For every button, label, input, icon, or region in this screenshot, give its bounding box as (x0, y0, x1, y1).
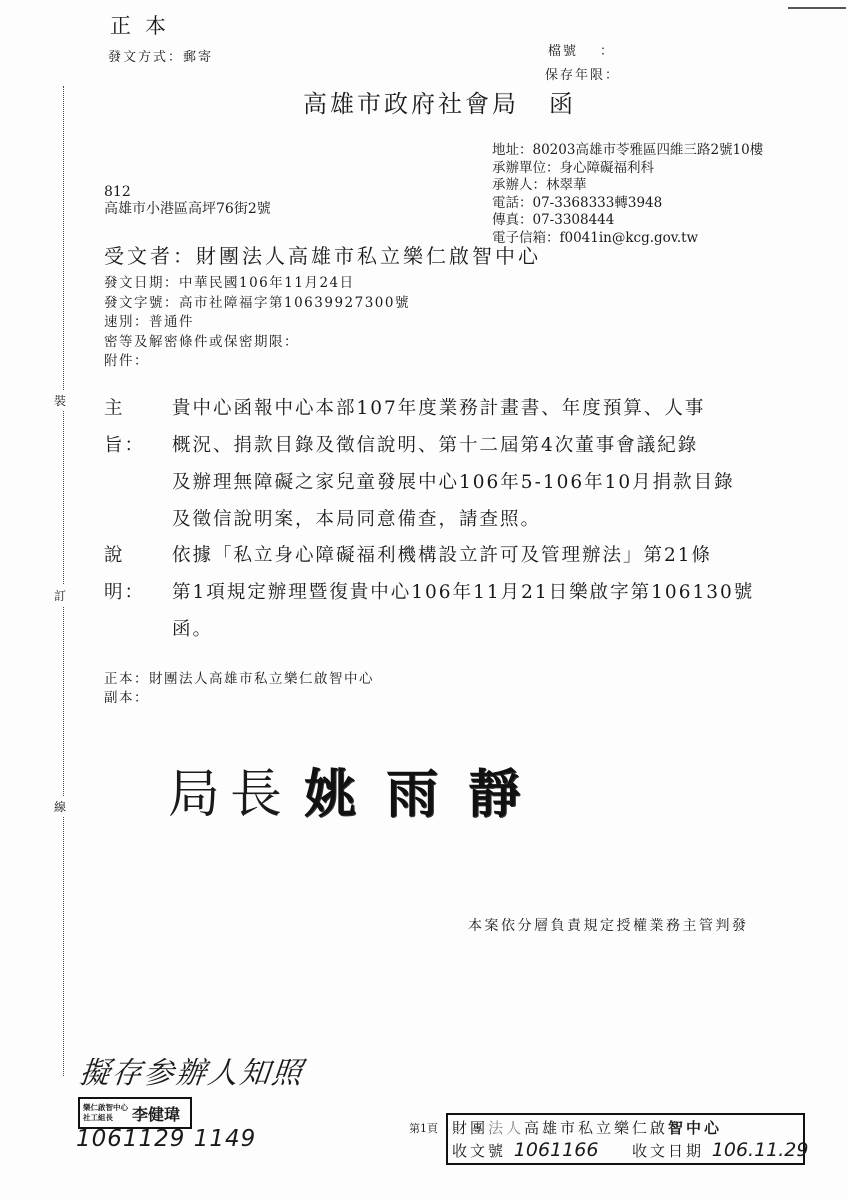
send-method: 發文方式：郵寄 (108, 46, 213, 65)
copies-block: 正本：財團法人高雄市私立樂仁啟智中心 副本： (104, 670, 374, 708)
receipt-date-label: 收文日期 (632, 1142, 704, 1160)
receipt-org-suffix: 智中心 (668, 1119, 722, 1137)
receipt-org-prefix: 財團 (452, 1119, 488, 1137)
staff-stamp-org: 樂仁啟智中心 (83, 1103, 128, 1113)
issue-date: 發文日期：中華民國106年11月24日 (104, 274, 410, 294)
binding-mark-ding: 訂 (54, 585, 66, 606)
explanation-body: 依據「私立身心障礙福利機構設立許可及管理辦法」第21條 第1項規定辦理暨復貴中心… (172, 537, 772, 648)
top-edge-mark (788, 7, 846, 9)
classification: 密等及解密條件或保密期限： (104, 333, 410, 353)
delivery-speed: 速別：普通件 (104, 313, 410, 333)
copy-type: 正本 (110, 10, 180, 40)
binding-margin-line (63, 86, 64, 1076)
retention-period-field: 保存年限： (545, 64, 620, 83)
contact-phone: 電話：07-3368333轉3948 (492, 195, 763, 213)
signatory-title: 局長 (168, 765, 292, 825)
staff-stamp-left: 樂仁啟智中心 社工組長 (83, 1103, 128, 1123)
explanation-line: 第1項規定辦理暨復貴中心106年11月21日樂啟字第106130號 (172, 574, 772, 611)
receipt-number: 1061166 (514, 1139, 599, 1161)
signature-block: 局長姚雨靜 (168, 752, 550, 827)
subject-line: 概況、捐款目錄及徵信說明、第十二屆第4次董事會議紀錄 (172, 427, 772, 464)
attachment: 附件： (104, 352, 410, 372)
handwritten-note: 擬存参辦人知照 (78, 1048, 307, 1092)
agency-name: 高雄市政府社會局 (303, 90, 519, 118)
archive-number-colon: ： (600, 44, 615, 59)
archive-number-label: 檔號 (548, 44, 578, 59)
contact-block: 地址：80203高雄市苓雅區四維三路2號10樓 承辦單位：身心障礙福利科 承辦人… (492, 142, 763, 247)
subject-label: 主旨： (104, 390, 145, 464)
authority-note: 本案依分層負責規定授權業務主管判發 (468, 915, 749, 935)
receipt-number-label: 收文號 (452, 1142, 506, 1160)
signatory-name: 姚雨靜 (304, 764, 550, 825)
staff-stamp-name: 李健瑋 (132, 1102, 180, 1125)
postal-code: 812 (104, 184, 271, 201)
receipt-date: 106.11.29 (712, 1139, 809, 1161)
explanation-label: 說明： (104, 537, 145, 611)
page-number: 第1頁 (409, 1120, 438, 1136)
document-type: 函 (549, 90, 576, 118)
receipt-stamp: 財團法人高雄市私立樂仁啟智中心 收文號 1061166 收文日期 106.11.… (446, 1113, 805, 1165)
staff-stamp: 樂仁啟智中心 社工組長 李健瑋 (78, 1097, 192, 1129)
page-title: 高雄市政府社會局函 (303, 84, 576, 119)
receipt-stamp-org: 財團法人高雄市私立樂仁啟智中心 (452, 1117, 722, 1138)
receipt-stamp-details: 收文號 1061166 收文日期 106.11.29 (452, 1139, 808, 1161)
receipt-org-faded: 法人 (488, 1119, 524, 1137)
recipient-address-block: 812 高雄市小港區高坪76街2號 (104, 184, 271, 218)
contact-unit: 承辦單位：身心障礙福利科 (492, 160, 763, 178)
explanation-line: 依據「私立身心障礙福利機構設立許可及管理辦法」第21條 (172, 537, 772, 574)
receipt-org-middle: 高雄市私立樂仁啟 (524, 1119, 668, 1137)
explanation-line: 函。 (172, 611, 772, 648)
binding-mark-zhuang: 裝 (54, 390, 66, 411)
handwritten-datetime: 1061129 1149 (76, 1126, 256, 1152)
subject-line: 貴中心函報中心本部107年度業務計畫書、年度預算、人事 (172, 390, 772, 427)
archive-number-field: 檔號： (548, 40, 615, 59)
addressee: 受文者：財團法人高雄市私立樂仁啟智中心 (104, 240, 541, 269)
original-copy: 正本：財團法人高雄市私立樂仁啟智中心 (104, 670, 374, 689)
contact-officer: 承辦人：林翠華 (492, 177, 763, 195)
contact-address: 地址：80203高雄市苓雅區四維三路2號10樓 (492, 142, 763, 160)
subject-body: 貴中心函報中心本部107年度業務計畫書、年度預算、人事 概況、捐款目錄及徵信說明… (172, 390, 772, 538)
subject-line: 及徵信說明案，本局同意備查，請查照。 (172, 501, 772, 538)
document-number: 發文字號：高市社障福字第10639927300號 (104, 294, 410, 314)
recipient-address: 高雄市小港區高坪76街2號 (104, 201, 271, 218)
staff-stamp-title: 社工組長 (83, 1113, 128, 1123)
duplicate-copy: 副本： (104, 689, 374, 708)
document-meta: 發文日期：中華民國106年11月24日 發文字號：高市社障福字第10639927… (104, 274, 410, 372)
contact-fax: 傳真：07-3308444 (492, 212, 763, 230)
subject-line: 及辦理無障礙之家兒童發展中心106年5-106年10月捐款目錄 (172, 464, 772, 501)
binding-mark-xian: 線 (54, 796, 66, 817)
